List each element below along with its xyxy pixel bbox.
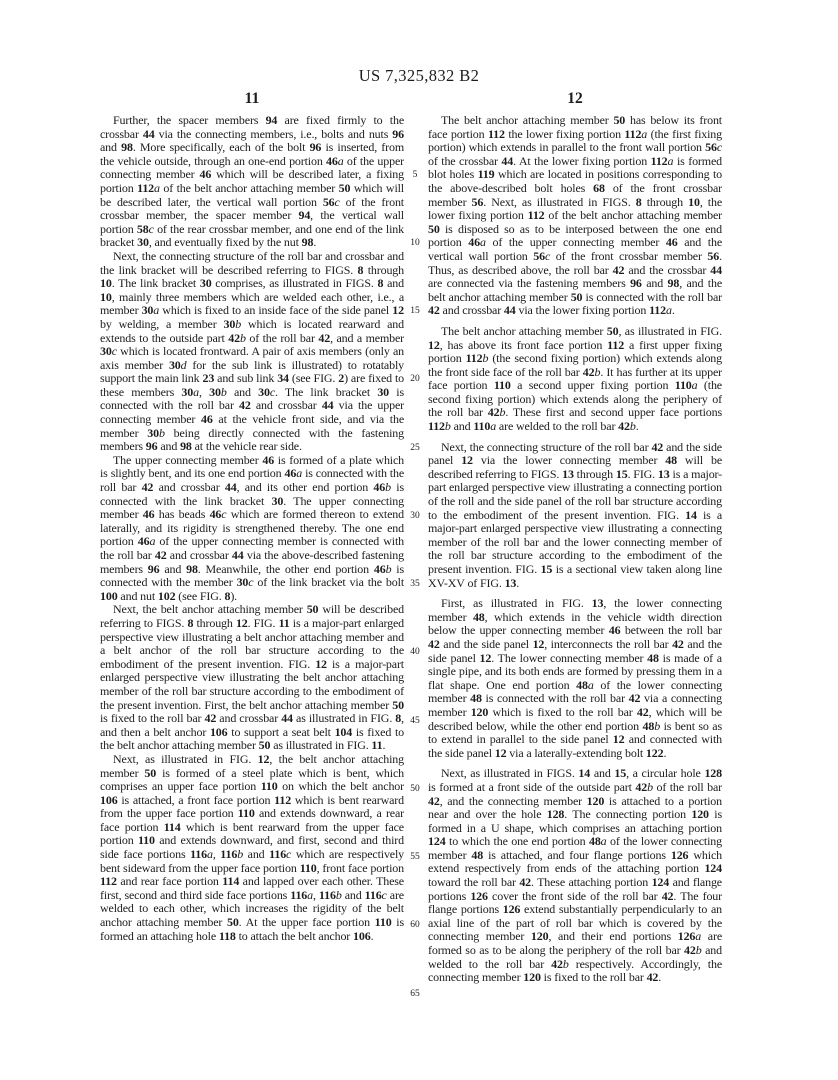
patent-number-header: US 7,325,832 B2	[0, 66, 838, 86]
gutter-line-number: 65	[402, 989, 428, 999]
gutter-line-number: 50	[402, 784, 428, 794]
column-number-right: 12	[428, 90, 722, 108]
gutter-line-number: 35	[402, 579, 428, 589]
paragraph-right-1: The belt anchor attaching member 50 has …	[428, 114, 722, 318]
gutter-line-number: 55	[402, 852, 428, 862]
gutter-line-number: 30	[402, 511, 428, 521]
gutter-line-number: 40	[402, 647, 428, 657]
paragraph-right-3: Next, the connecting structure of the ro…	[428, 441, 722, 591]
paragraph-right-4: First, as illustrated in FIG. 13, the lo…	[428, 597, 722, 760]
patent-document-page: US 7,325,832 B2 11 12 Further, the space…	[0, 0, 838, 1080]
right-text-column: The belt anchor attaching member 50 has …	[428, 114, 722, 985]
gutter-line-number: 45	[402, 716, 428, 726]
gutter-line-number: 10	[402, 238, 428, 248]
paragraph-left-2: Next, the connecting structure of the ro…	[100, 250, 404, 454]
gutter-line-number: 25	[402, 443, 428, 453]
paragraph-right-2: The belt anchor attaching member 50, as …	[428, 325, 722, 434]
paragraph-left-5: Next, as illustrated in FIG. 12, the bel…	[100, 753, 404, 943]
gutter-line-number: 20	[402, 374, 428, 384]
column-number-left: 11	[100, 90, 404, 108]
gutter-line-number: 60	[402, 920, 428, 930]
gutter-line-number: 5	[402, 170, 428, 180]
paragraph-left-1: Further, the spacer members 94 are fixed…	[100, 114, 404, 250]
paragraph-left-4: Next, the belt anchor attaching member 5…	[100, 603, 404, 753]
paragraph-left-3: The upper connecting member 46 is formed…	[100, 454, 404, 604]
left-text-column: Further, the spacer members 94 are fixed…	[100, 114, 404, 943]
gutter-line-number: 15	[402, 306, 428, 316]
paragraph-right-5: Next, as illustrated in FIGS. 14 and 15,…	[428, 767, 722, 985]
